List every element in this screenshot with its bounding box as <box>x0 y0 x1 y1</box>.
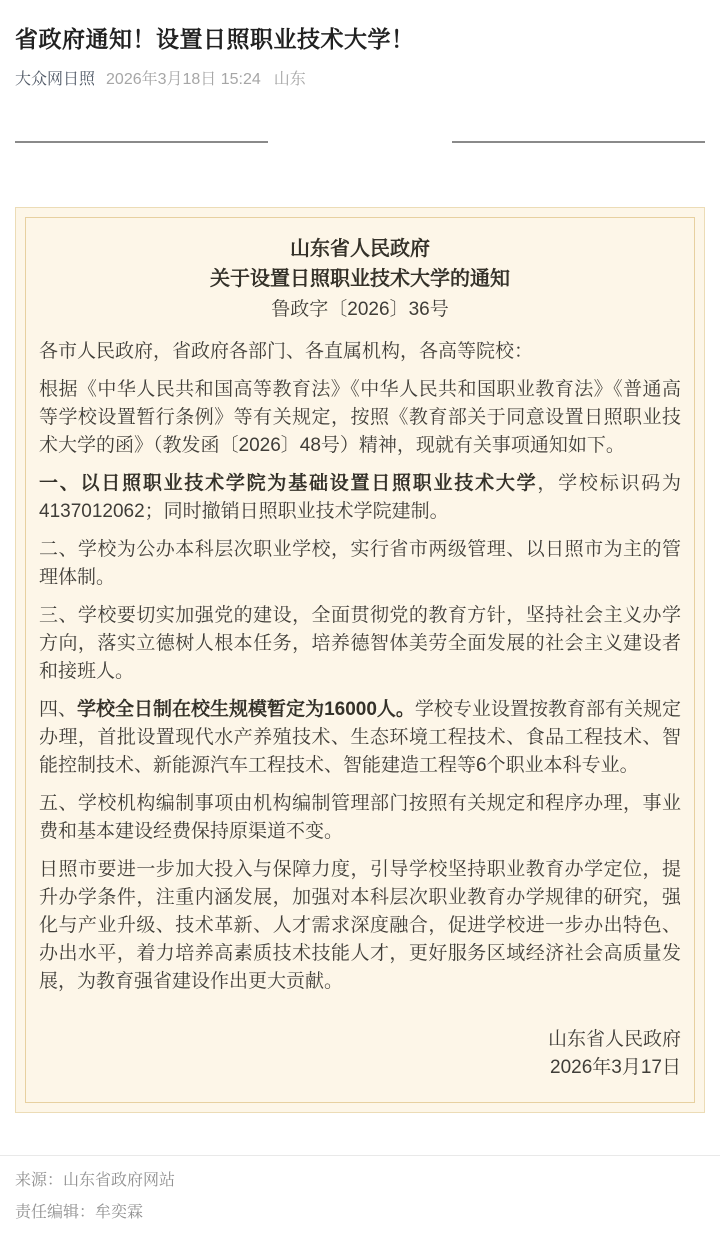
notice-paragraph-segment: 根据《中华人民共和国高等教育法》《中华人民共和国职业教育法》《普通高等学校设置暂… <box>39 379 681 456</box>
notice-paragraph: 根据《中华人民共和国高等教育法》《中华人民共和国职业教育法》《普通高等学校设置暂… <box>39 376 681 460</box>
notice-paragraph: 四、学校全日制在校生规模暂定为16000人。学校专业设置按教育部有关规定办理，首… <box>39 696 681 780</box>
article-meta: 大众网日照 2026年3月18日 15:24 山东 <box>15 69 705 91</box>
notice-paragraph-segment: 日照市要进一步加大投入与保障力度，引导学校坚持职业教育办学定位，提升办学条件，注… <box>39 859 681 992</box>
notice-paragraph-bold-segment: 学校全日制在校生规模暂定为16000人。 <box>77 699 415 720</box>
notice-paragraph-bold-segment: 一、以日照职业技术学院为基础设置日照职业技术大学 <box>39 473 537 494</box>
footer-editor: 责任编辑：牟奕霖 <box>15 1202 705 1224</box>
notice-issuing-org: 山东省人民政府 <box>39 234 681 264</box>
article-footer: 来源：山东省政府网站 责任编辑：牟奕霖 <box>0 1155 720 1234</box>
notice-body: 各市人民政府，省政府各部门、各直属机构，各高等院校：根据《中华人民共和国高等教育… <box>39 338 681 996</box>
notice-title: 关于设置日照职业技术大学的通知 <box>39 264 681 294</box>
notice-paragraph: 五、学校机构编制事项由机构编制管理部门按照有关规定和程序办理，事业费和基本建设经… <box>39 790 681 846</box>
article-source-link[interactable]: 大众网日照 <box>15 69 95 91</box>
decorative-divider <box>15 141 705 143</box>
notice-signature: 山东省人民政府 2026年3月17日 <box>39 1026 681 1084</box>
notice-paragraph: 一、以日照职业技术学院为基础设置日照职业技术大学，学校标识码为413701206… <box>39 470 681 526</box>
divider-line-right <box>452 141 705 143</box>
signature-org: 山东省人民政府 <box>39 1026 681 1054</box>
article-page: 省政府通知！设置日照职业技术大学！ 大众网日照 2026年3月18日 15:24… <box>0 24 720 1113</box>
notice-header: 山东省人民政府 关于设置日照职业技术大学的通知 鲁政字〔2026〕36号 <box>39 234 681 324</box>
notice-paragraph: 二、学校为公办本科层次职业学校，实行省市两级管理、以日照市为主的管理体制。 <box>39 536 681 592</box>
divider-line-left <box>15 141 268 143</box>
footer-source: 来源：山东省政府网站 <box>15 1170 705 1192</box>
notice-paragraph: 各市人民政府，省政府各部门、各直属机构，各高等院校： <box>39 338 681 366</box>
notice-paragraph-segment: 二、学校为公办本科层次职业学校，实行省市两级管理、以日照市为主的管理体制。 <box>39 539 681 588</box>
notice-paragraph-segment: 四、 <box>39 699 77 720</box>
notice-paragraph-segment: 各市人民政府，省政府各部门、各直属机构，各高等院校： <box>39 341 533 362</box>
notice-document-box: 山东省人民政府 关于设置日照职业技术大学的通知 鲁政字〔2026〕36号 各市人… <box>15 207 705 1113</box>
notice-paragraph-segment: 五、学校机构编制事项由机构编制管理部门按照有关规定和程序办理，事业费和基本建设经… <box>39 793 681 842</box>
notice-document-inner: 山东省人民政府 关于设置日照职业技术大学的通知 鲁政字〔2026〕36号 各市人… <box>25 217 695 1103</box>
notice-paragraph: 日照市要进一步加大投入与保障力度，引导学校坚持职业教育办学定位，提升办学条件，注… <box>39 856 681 996</box>
notice-paragraph-segment: 三、学校要切实加强党的建设，全面贯彻党的教育方针，坚持社会主义办学方向，落实立德… <box>39 605 681 682</box>
publish-time: 2026年3月18日 15:24 <box>106 69 261 91</box>
signature-date: 2026年3月17日 <box>39 1054 681 1082</box>
region-label: 山东 <box>274 69 306 91</box>
article-title: 省政府通知！设置日照职业技术大学！ <box>15 24 705 55</box>
notice-doc-number: 鲁政字〔2026〕36号 <box>39 296 681 324</box>
notice-paragraph: 三、学校要切实加强党的建设，全面贯彻党的教育方针，坚持社会主义办学方向，落实立德… <box>39 602 681 686</box>
